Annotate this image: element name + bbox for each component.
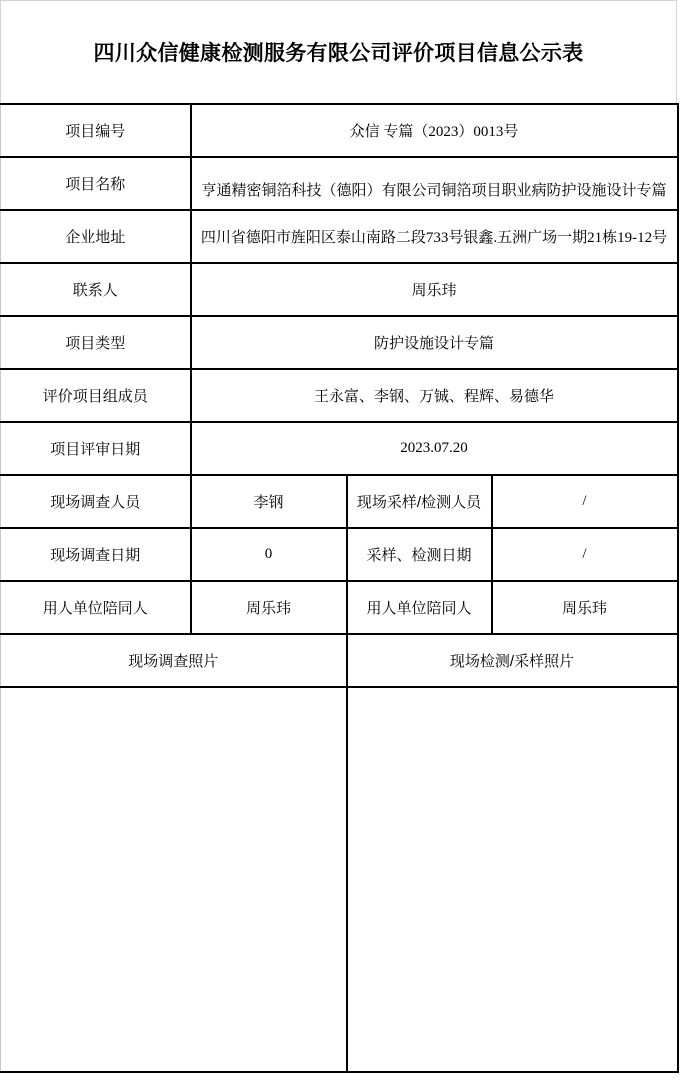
value-employer-escort-right: 周乐玮 [492, 581, 678, 634]
label-company-address: 企业地址 [1, 210, 191, 263]
value-employer-escort-left: 周乐玮 [191, 581, 347, 634]
page-title: 四川众信健康检测服务有限公司评价项目信息公示表 [94, 37, 584, 67]
table-row-photo-headers: 现场调查照片 现场检测/采样照片 [1, 634, 678, 687]
label-contact-person: 联系人 [1, 263, 191, 316]
value-site-survey-date: 0 [191, 528, 347, 581]
table-row-contact-person: 联系人 周乐玮 [1, 263, 678, 316]
label-sampling-personnel: 现场采样/检测人员 [347, 475, 492, 528]
value-project-type: 防护设施设计专篇 [191, 316, 678, 369]
value-project-name: 亨通精密铜箔科技（德阳）有限公司铜箔项目职业病防护设施设计专篇 [191, 157, 678, 210]
header-site-testing-photos: 现场检测/采样照片 [347, 634, 678, 687]
label-employer-escort-left: 用人单位陪同人 [1, 581, 191, 634]
label-sampling-date: 采样、检测日期 [347, 528, 492, 581]
table-row-photo-areas [1, 687, 678, 1072]
label-review-date: 项目评审日期 [1, 422, 191, 475]
value-site-survey-personnel: 李钢 [191, 475, 347, 528]
label-employer-escort-right: 用人单位陪同人 [347, 581, 492, 634]
label-project-number: 项目编号 [1, 104, 191, 157]
table-row-project-number: 项目编号 众信 专篇（2023）0013号 [1, 104, 678, 157]
table-row-company-address: 企业地址 四川省德阳市旌阳区泰山南路二段733号银鑫.五洲广场一期21栋19-1… [1, 210, 678, 263]
label-project-type: 项目类型 [1, 316, 191, 369]
value-contact-person: 周乐玮 [191, 263, 678, 316]
label-site-survey-date: 现场调查日期 [1, 528, 191, 581]
value-team-members: 王永富、李钢、万铖、程辉、易德华 [191, 369, 678, 422]
project-info-table: 项目编号 众信 专篇（2023）0013号 项目名称 亨通精密铜箔科技（德阳）有… [0, 103, 679, 1073]
table-row-survey-date: 现场调查日期 0 采样、检测日期 / [1, 528, 678, 581]
table-row-team-members: 评价项目组成员 王永富、李钢、万铖、程辉、易德华 [1, 369, 678, 422]
label-project-name: 项目名称 [1, 157, 191, 210]
label-team-members: 评价项目组成员 [1, 369, 191, 422]
value-sampling-date: / [492, 528, 678, 581]
value-review-date: 2023.07.20 [191, 422, 678, 475]
value-company-address: 四川省德阳市旌阳区泰山南路二段733号银鑫.五洲广场一期21栋19-12号 [191, 210, 678, 263]
table-row-project-name: 项目名称 亨通精密铜箔科技（德阳）有限公司铜箔项目职业病防护设施设计专篇 [1, 157, 678, 210]
table-row-project-type: 项目类型 防护设施设计专篇 [1, 316, 678, 369]
value-project-number: 众信 专篇（2023）0013号 [191, 104, 678, 157]
site-testing-photo-area [347, 687, 678, 1072]
table-row-review-date: 项目评审日期 2023.07.20 [1, 422, 678, 475]
table-row-survey-personnel: 现场调查人员 李钢 现场采样/检测人员 / [1, 475, 678, 528]
header-site-survey-photos: 现场调查照片 [1, 634, 347, 687]
document-title-box: 四川众信健康检测服务有限公司评价项目信息公示表 [0, 0, 677, 103]
value-sampling-personnel: / [492, 475, 678, 528]
label-site-survey-personnel: 现场调查人员 [1, 475, 191, 528]
table-row-employer-escort: 用人单位陪同人 周乐玮 用人单位陪同人 周乐玮 [1, 581, 678, 634]
site-survey-photo-area [1, 687, 347, 1072]
